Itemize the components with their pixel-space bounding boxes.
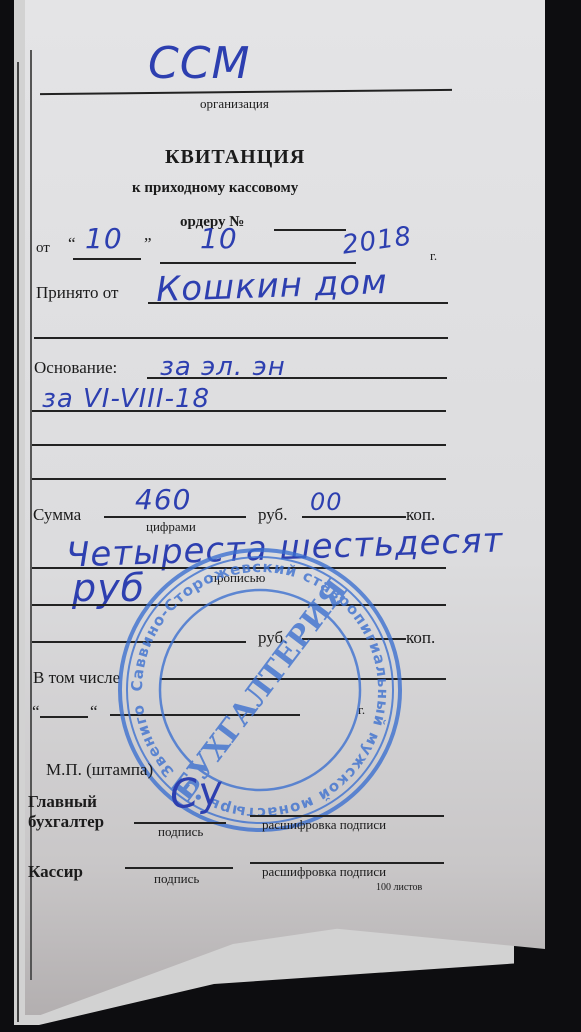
cashier-label: Кассир [28, 862, 83, 882]
basis-line-1 [147, 377, 447, 379]
chief-accountant-label-line1: Главный [28, 792, 104, 812]
sheet-edge [17, 62, 19, 1022]
including-open-quote: “ [32, 702, 40, 722]
received-from-label: Принято от [36, 283, 118, 303]
sum-kopecks[interactable]: 00 [310, 488, 343, 516]
including-day-line [40, 716, 88, 718]
organization-caption: организация [200, 96, 269, 112]
order-number-line [274, 229, 346, 231]
received-from-line [148, 302, 448, 304]
basis-label: Основание: [34, 358, 117, 378]
organization-value: ССМ [148, 38, 250, 89]
sum-kopecks-line [302, 516, 406, 518]
chief-decoding-caption: расшифровка подписи [262, 817, 386, 833]
sum-rubles-line [104, 516, 246, 518]
cashier-signature-line [125, 867, 233, 869]
date-day-line [73, 258, 141, 260]
date-month[interactable]: 10 [200, 222, 238, 255]
date-day[interactable]: 10 [85, 222, 123, 255]
cashier-decoding-caption: расшифровка подписи [262, 864, 386, 880]
basis-line-3 [32, 444, 446, 446]
sum-rub-label: руб. [258, 505, 287, 525]
receipt-title: КВИТАНЦИЯ [165, 146, 305, 169]
receipt-subtitle: к приходному кассовому [132, 180, 298, 197]
accounting-stamp-icon: Саввино-Сторожевский ставропигиальный му… [91, 521, 430, 860]
date-close-quote: ” [144, 234, 152, 254]
received-from-line-2 [34, 337, 448, 339]
basis-line-4 [32, 478, 446, 480]
cashier-signature-caption: подпись [154, 871, 199, 887]
sum-rubles[interactable]: 460 [135, 483, 191, 516]
sheet-edge-inner [30, 50, 32, 980]
chief-signature-caption: подпись [158, 824, 203, 840]
footer-note: 100 листов [376, 882, 422, 893]
including-close-quote: “ [90, 702, 98, 722]
sum2-kop-label: коп. [406, 628, 435, 648]
chief-accountant-label: Главный бухгалтер [28, 792, 104, 832]
date-open-quote: “ [68, 234, 76, 254]
basis-line-2 [32, 410, 446, 412]
date-suffix: г. [430, 248, 437, 264]
stamp-place-label: М.П. (штампа) [46, 760, 153, 780]
sum-label: Сумма [33, 505, 81, 525]
date-prefix: от [36, 240, 50, 257]
chief-accountant-signature: Су [168, 767, 226, 818]
chief-accountant-label-line2: бухгалтер [28, 812, 104, 832]
